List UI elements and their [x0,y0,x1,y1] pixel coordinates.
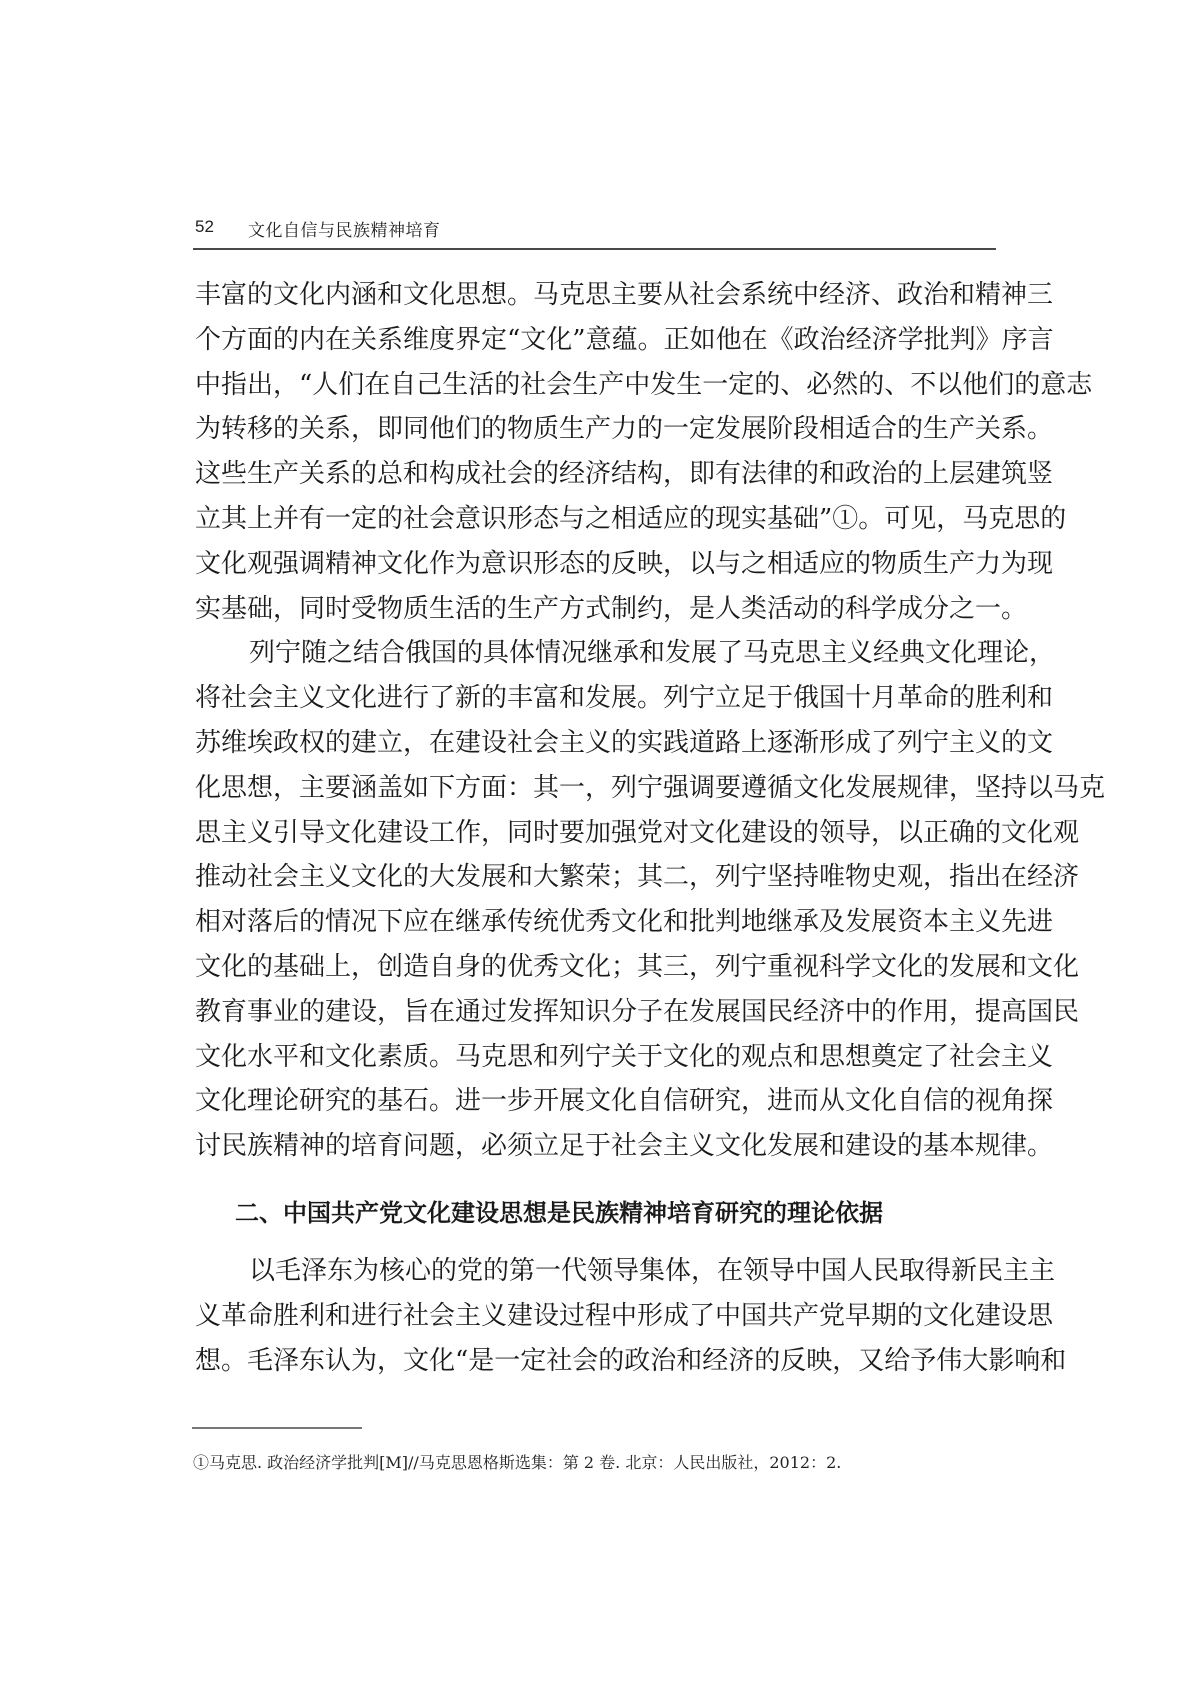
paragraph-marx-culture: 丰富的文化内涵和文化思想。马克思主要从社会系统中经济、政治和精神三 个方面的内在… [195,273,995,631]
text-line: 相对落后的情况下应在继承传统优秀文化和批判地继承及发展资本主义先进 [195,900,995,945]
text-line: 化思想，主要涵盖如下方面：其一，列宁强调要遵循文化发展规律，坚持以马克 [195,766,995,811]
text-line: 为转移的关系，即同他们的物质生产力的一定发展阶段相适合的生产关系。 [195,407,995,452]
footnote-divider [192,1427,362,1429]
page-header: 52 文化自信与民族精神培育 [193,212,996,250]
text-line: 列宁随之结合俄国的具体情况继承和发展了马克思主义经典文化理论， [195,631,995,676]
text-line: 以毛泽东为核心的党的第一代领导集体，在领导中国人民取得新民主主 [195,1249,995,1294]
text-line: 这些生产关系的总和构成社会的经济结构，即有法律的和政治的上层建筑竖 [195,452,995,497]
text-line: 教育事业的建设，旨在通过发挥知识分子在发展国民经济中的作用，提高国民 [195,990,995,1035]
paragraph-mao-culture: 以毛泽东为核心的党的第一代领导集体，在领导中国人民取得新民主主 义革命胜利和进行… [195,1249,995,1383]
section-heading: 二、中国共产党文化建设思想是民族精神培育研究的理论依据 [195,1189,995,1237]
paragraph-lenin-culture: 列宁随之结合俄国的具体情况继承和发展了马克思主义经典文化理论， 将社会主义文化进… [195,631,995,1169]
text-line: 思主义引导文化建设工作，同时要加强党对文化建设的领导，以正确的文化观 [195,811,995,856]
text-line: 文化观强调精神文化作为意识形态的反映，以与之相适应的物质生产力为现 [195,542,995,587]
text-line: 实基础，同时受物质生活的生产方式制约，是人类活动的科学成分之一。 [195,587,995,632]
running-title: 文化自信与民族精神培育 [248,216,441,241]
text-line: 中指出，“人们在自己生活的社会生产中发生一定的、必然的、不以他们的意志 [195,363,995,408]
text-line: 个方面的内在关系维度界定“文化”意蕴。正如他在《政治经济学批判》序言 [195,318,995,363]
footnote: ①马克思. 政治经济学批判[M]//马克思恩格斯选集：第 2 卷. 北京：人民出… [193,1450,841,1473]
text-line: 想。毛泽东认为，文化“是一定社会的政治和经济的反映，又给予伟大影响和 [195,1339,995,1384]
text-line: 将社会主义文化进行了新的丰富和发展。列宁立足于俄国十月革命的胜利和 [195,676,995,721]
page-number: 52 [195,217,214,237]
text-line: 讨民族精神的培育问题，必须立足于社会主义文化发展和建设的基本规律。 [195,1124,995,1169]
text-line: 苏维埃政权的建立，在建设社会主义的实践道路上逐渐形成了列宁主义的文 [195,721,995,766]
text-line: 丰富的文化内涵和文化思想。马克思主要从社会系统中经济、政治和精神三 [195,273,995,318]
text-line: 义革命胜利和进行社会主义建设过程中形成了中国共产党早期的文化建设思 [195,1294,995,1339]
text-line: 推动社会主义文化的大发展和大繁荣；其二，列宁坚持唯物史观，指出在经济 [195,855,995,900]
text-line: 文化理论研究的基石。进一步开展文化自信研究，进而从文化自信的视角探 [195,1079,995,1124]
body-text: 丰富的文化内涵和文化思想。马克思主要从社会系统中经济、政治和精神三 个方面的内在… [195,273,995,1383]
text-line: 文化水平和文化素质。马克思和列宁关于文化的观点和思想奠定了社会主义 [195,1035,995,1080]
text-line: 文化的基础上，创造自身的优秀文化；其三，列宁重视科学文化的发展和文化 [195,945,995,990]
text-line: 立其上并有一定的社会意识形态与之相适应的现实基础”①。可见，马克思的 [195,497,995,542]
